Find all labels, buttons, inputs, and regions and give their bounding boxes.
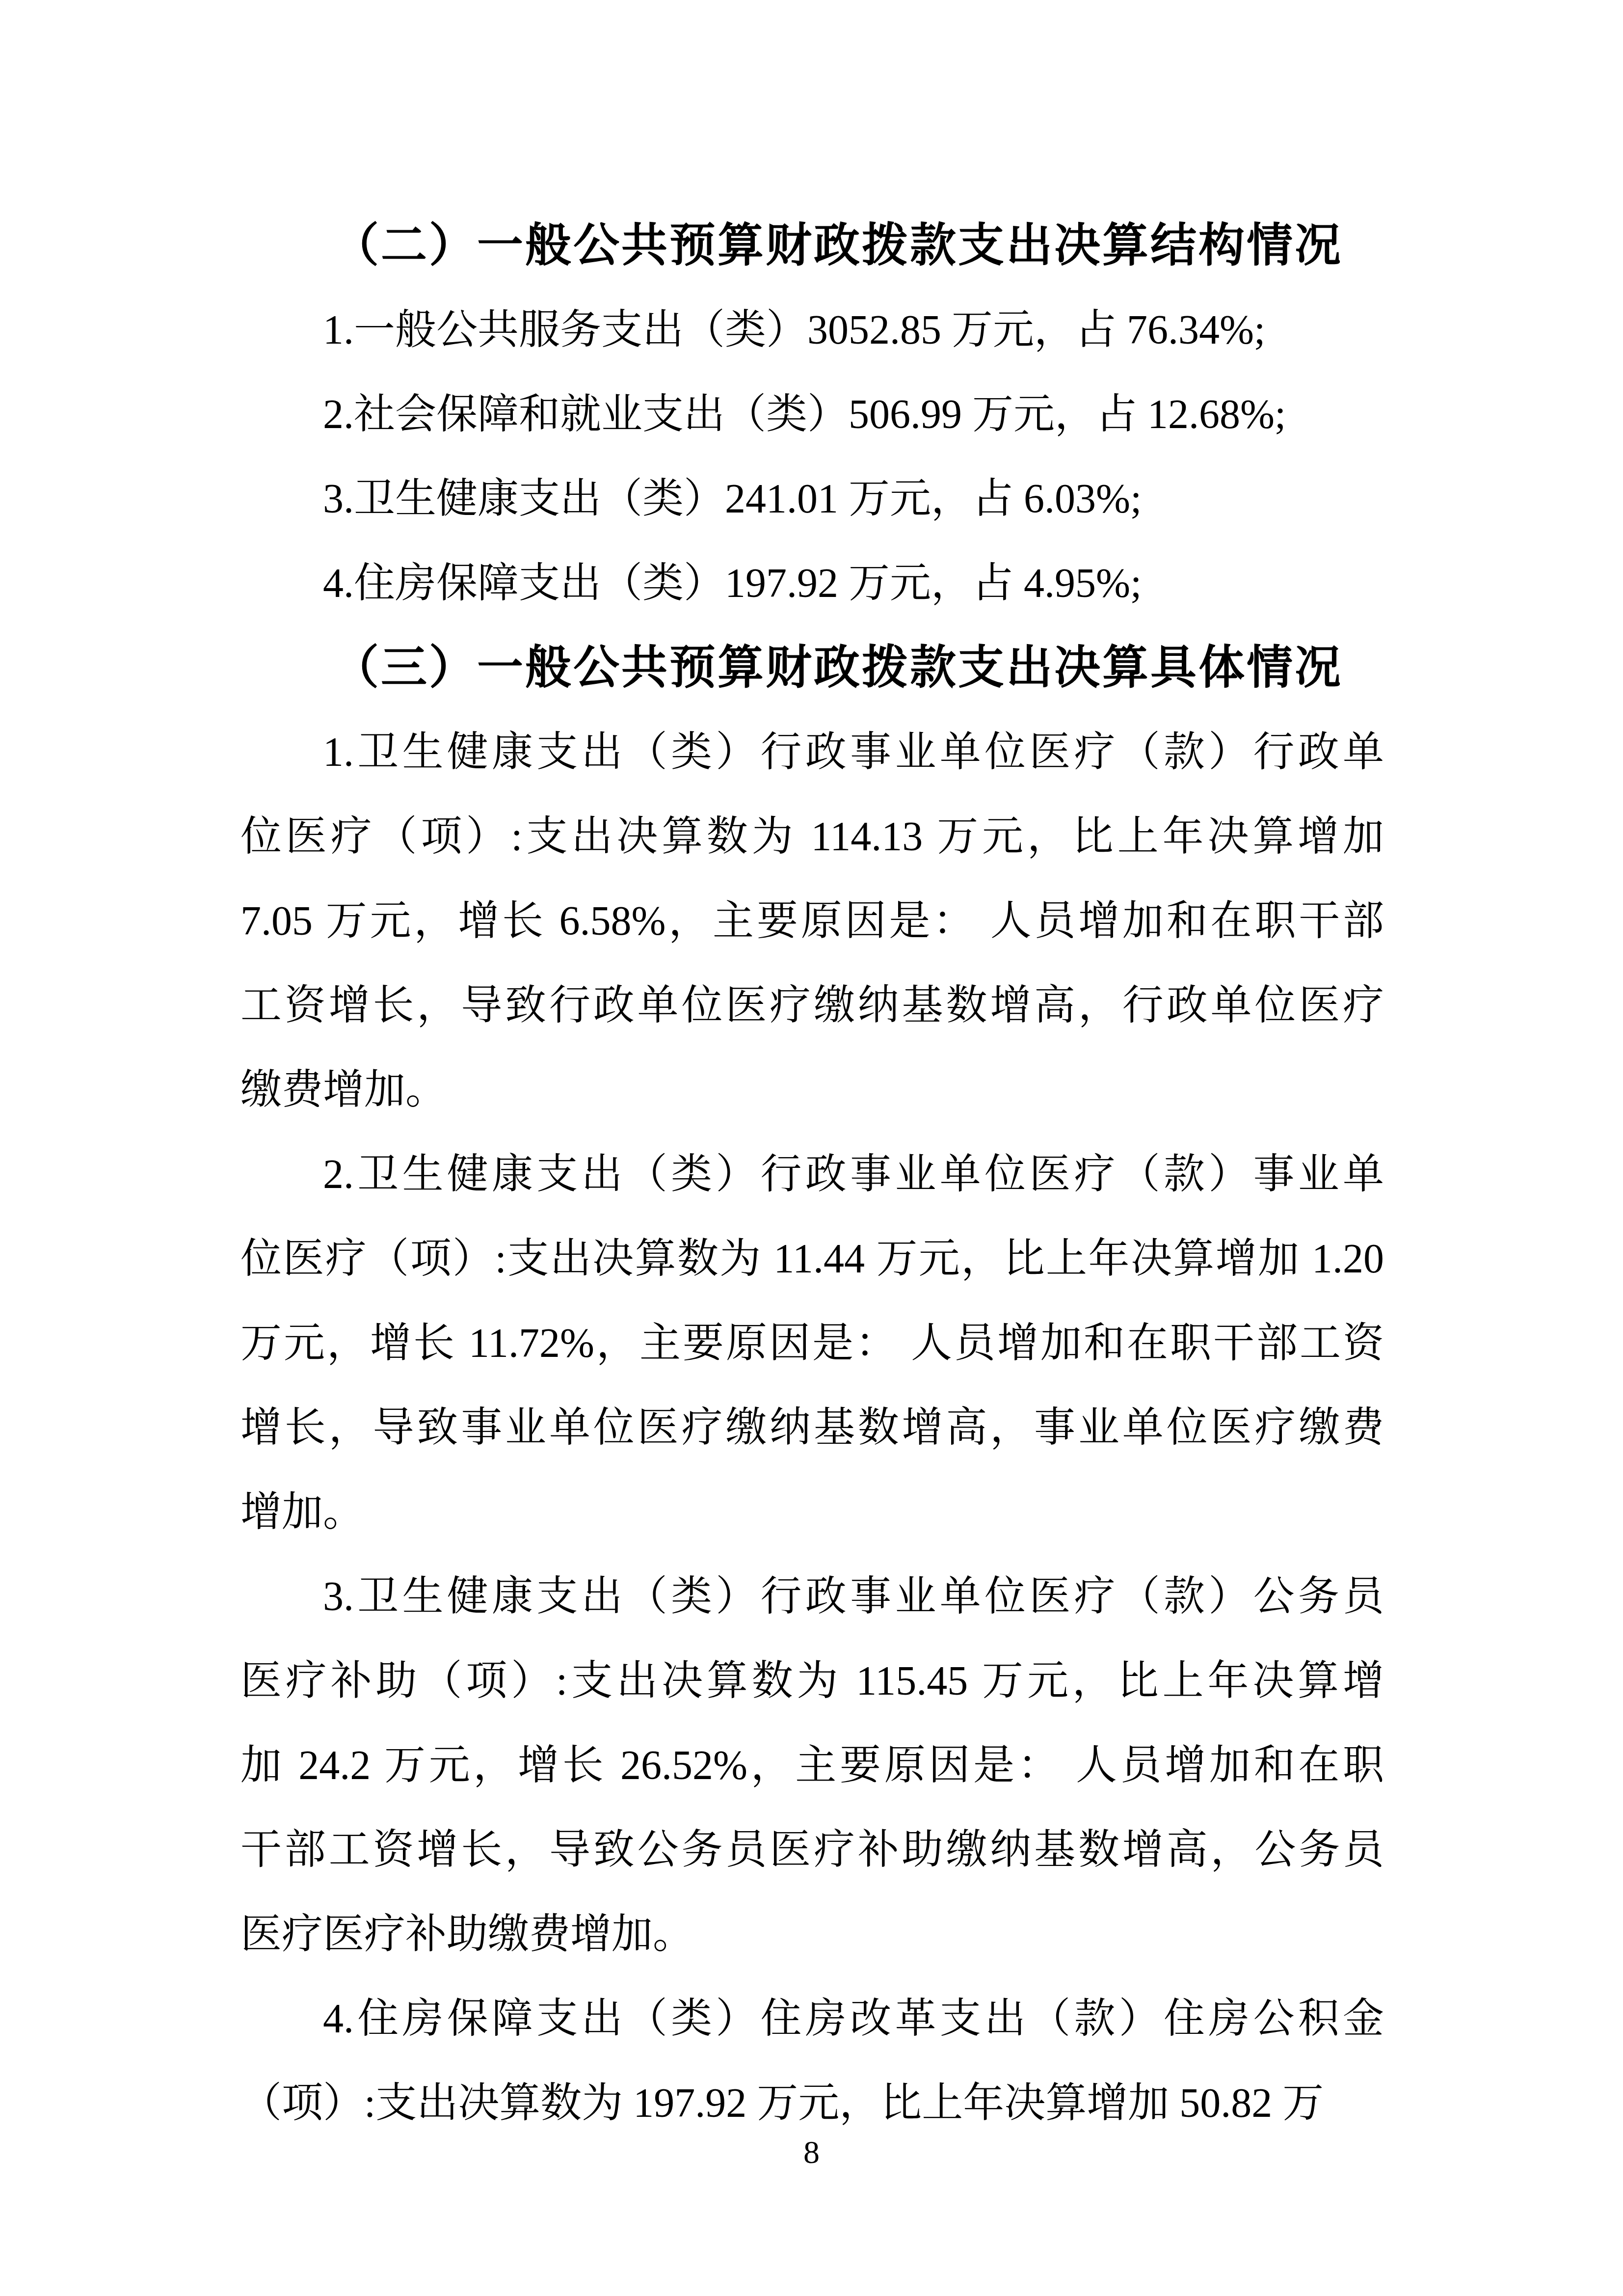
text-line: 2.卫生健康支出（类）行政事业单位医疗（款）事业单 — [240, 1133, 1384, 1217]
text-line: 4.住房保障支出（类）住房改革支出（款）住房公积金 — [240, 1977, 1384, 2061]
expenditure-detail-item-2: 2.卫生健康支出（类）行政事业单位医疗（款）事业单位医疗（项）:支出决算数为 1… — [240, 1133, 1384, 1555]
text-line: 干部工资增长，导致公务员医疗补助缴纳基数增高，公务员 — [240, 1808, 1384, 1892]
expenditure-structure-item-3: 3.卫生健康支出（类）241.01 万元，占 6.03%; — [240, 457, 1384, 541]
section-heading-2: （二）一般公共预算财政拨款支出决算结构情况 — [240, 204, 1384, 288]
text-line: 增长，导致事业单位医疗缴纳基数增高，事业单位医疗缴费 — [240, 1386, 1384, 1470]
text-line: 缴费增加。 — [240, 1048, 1384, 1133]
text-line: 医疗医疗补助缴费增加。 — [240, 1892, 1384, 1977]
text-line: （二）一般公共预算财政拨款支出决算结构情况 — [240, 204, 1384, 288]
expenditure-structure-item-2: 2.社会保障和就业支出（类）506.99 万元，占 12.68%; — [240, 373, 1384, 457]
text-line: （三）一般公共预算财政拨款支出决算具体情况 — [240, 626, 1384, 710]
expenditure-detail-item-1: 1.卫生健康支出（类）行政事业单位医疗（款）行政单位医疗（项）:支出决算数为 1… — [240, 710, 1384, 1133]
text-line: 万元，增长 11.72%，主要原因是： 人员增加和在职干部工资 — [240, 1301, 1384, 1386]
expenditure-structure-item-4: 4.住房保障支出（类）197.92 万元，占 4.95%; — [240, 541, 1384, 626]
expenditure-detail-item-3: 3.卫生健康支出（类）行政事业单位医疗（款）公务员医疗补助（项）:支出决算数为 … — [240, 1555, 1384, 1977]
text-line: 2.社会保障和就业支出（类）506.99 万元，占 12.68%; — [240, 373, 1384, 457]
text-line: 1.卫生健康支出（类）行政事业单位医疗（款）行政单 — [240, 710, 1384, 795]
expenditure-structure-item-1: 1.一般公共服务支出（类）3052.85 万元，占 76.34%; — [240, 288, 1384, 373]
text-line: 位医疗（项）:支出决算数为 11.44 万元，比上年决算增加 1.20 — [240, 1217, 1384, 1301]
text-line: 增加。 — [240, 1470, 1384, 1555]
text-line: 7.05 万元，增长 6.58%，主要原因是： 人员增加和在职干部 — [240, 879, 1384, 964]
page-number: 8 — [0, 2131, 1623, 2175]
text-line: 加 24.2 万元，增长 26.52%，主要原因是： 人员增加和在职 — [240, 1724, 1384, 1808]
expenditure-detail-item-4: 4.住房保障支出（类）住房改革支出（款）住房公积金（项）:支出决算数为 197.… — [240, 1977, 1384, 2146]
text-line: 4.住房保障支出（类）197.92 万元，占 4.95%; — [240, 541, 1384, 626]
text-line: 3.卫生健康支出（类）241.01 万元，占 6.03%; — [240, 457, 1384, 541]
text-line: 工资增长，导致行政单位医疗缴纳基数增高，行政单位医疗 — [240, 964, 1384, 1048]
text-line: 医疗补助（项）:支出决算数为 115.45 万元，比上年决算增 — [240, 1639, 1384, 1724]
text-line: 1.一般公共服务支出（类）3052.85 万元，占 76.34%; — [240, 288, 1384, 373]
document-body: （二）一般公共预算财政拨款支出决算结构情况1.一般公共服务支出（类）3052.8… — [240, 204, 1384, 2146]
text-line: 位医疗（项）:支出决算数为 114.13 万元，比上年决算增加 — [240, 795, 1384, 879]
document-page: （二）一般公共预算财政拨款支出决算结构情况1.一般公共服务支出（类）3052.8… — [0, 0, 1623, 2296]
text-line: 3.卫生健康支出（类）行政事业单位医疗（款）公务员 — [240, 1555, 1384, 1639]
section-heading-3: （三）一般公共预算财政拨款支出决算具体情况 — [240, 626, 1384, 710]
